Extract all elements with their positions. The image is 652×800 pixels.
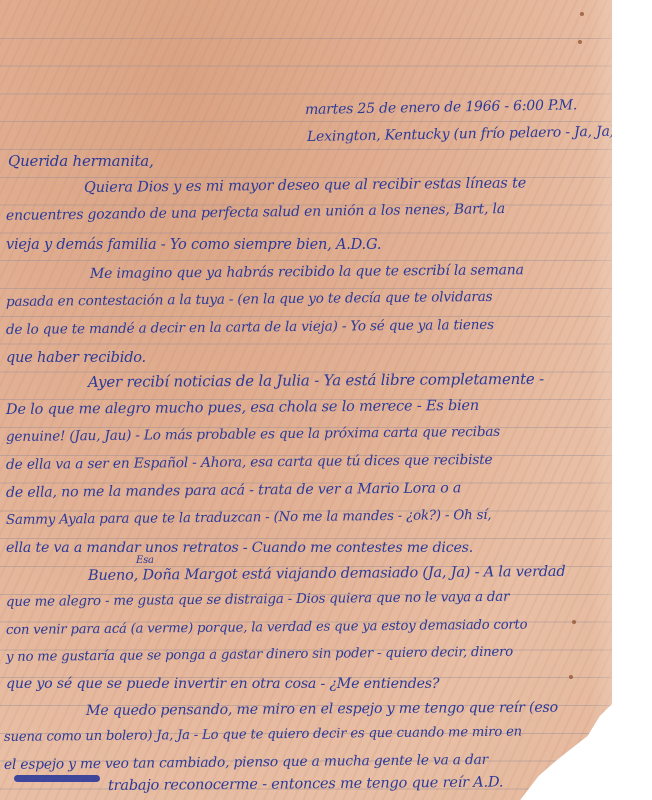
letter-line: trabajo reconocerme - entonces me tengo … bbox=[108, 773, 503, 796]
letter-line: Quiera Dios y es mi mayor deseo que al r… bbox=[84, 173, 526, 198]
place-line: Lexington, Kentucky (un frío pelaero - J… bbox=[307, 122, 615, 147]
letter-body: martes 25 de enero de 1966 - 6:00 P.M. L… bbox=[0, 0, 612, 800]
letter-line: que yo sé que se puede invertir en otra … bbox=[6, 674, 439, 694]
letter-line: Sammy Ayala para que te la traduzcan - (… bbox=[6, 506, 492, 531]
letter-line: genuine! (Jau, Jau) - Lo más probable es… bbox=[6, 422, 500, 447]
letter-line: Me quedo pensando, me miro en el espejo … bbox=[86, 698, 558, 721]
letter-line: de ella, no me la mandes para acá - trat… bbox=[6, 478, 461, 503]
letter-line: vieja y demás familia - Yo como siempre … bbox=[6, 235, 381, 255]
paper-sheet: martes 25 de enero de 1966 - 6:00 P.M. L… bbox=[0, 0, 612, 800]
letter-line-underlined: Ayer recibí noticias de la Julia - Ya es… bbox=[88, 369, 544, 392]
letter-line: de lo que te mandé a decir en la carta d… bbox=[6, 315, 494, 340]
letter-line: encuentres gozando de una perfecta salud… bbox=[6, 199, 505, 226]
letter-line: y no me gustaría que se ponga a gastar d… bbox=[6, 643, 513, 668]
letter-line: Bueno, Doña Margot está viajando demasia… bbox=[88, 562, 566, 586]
letter-line: ella te va a mandar unos retratos - Cuan… bbox=[6, 538, 473, 558]
letter-line: Me imagino que ya habrás recibido la que… bbox=[90, 260, 524, 284]
letter-line: de ella va a ser en Español - Ahora, esa… bbox=[6, 450, 493, 475]
letter-line: suena como un bolero) Ja, Ja - Lo que te… bbox=[4, 723, 522, 748]
letter-line: que me alegro - me gusta que se distraig… bbox=[6, 588, 509, 613]
letter-page: martes 25 de enero de 1966 - 6:00 P.M. L… bbox=[0, 0, 652, 800]
letter-line: con venir para acá (a verme) porque, la … bbox=[6, 616, 528, 641]
salutation: Querida hermanita, bbox=[8, 151, 154, 171]
date-line: martes 25 de enero de 1966 - 6:00 P.M. bbox=[305, 95, 577, 120]
letter-line: De lo que me alegro mucho pues, esa chol… bbox=[6, 396, 479, 420]
letter-line: el espejo y me veo tan cambiado, pienso … bbox=[4, 750, 488, 775]
letter-line: que haber recibido. bbox=[6, 348, 146, 368]
crossed-out-scribble bbox=[14, 775, 100, 782]
letter-line: pasada en contestación a la tuya - (en l… bbox=[6, 287, 493, 312]
